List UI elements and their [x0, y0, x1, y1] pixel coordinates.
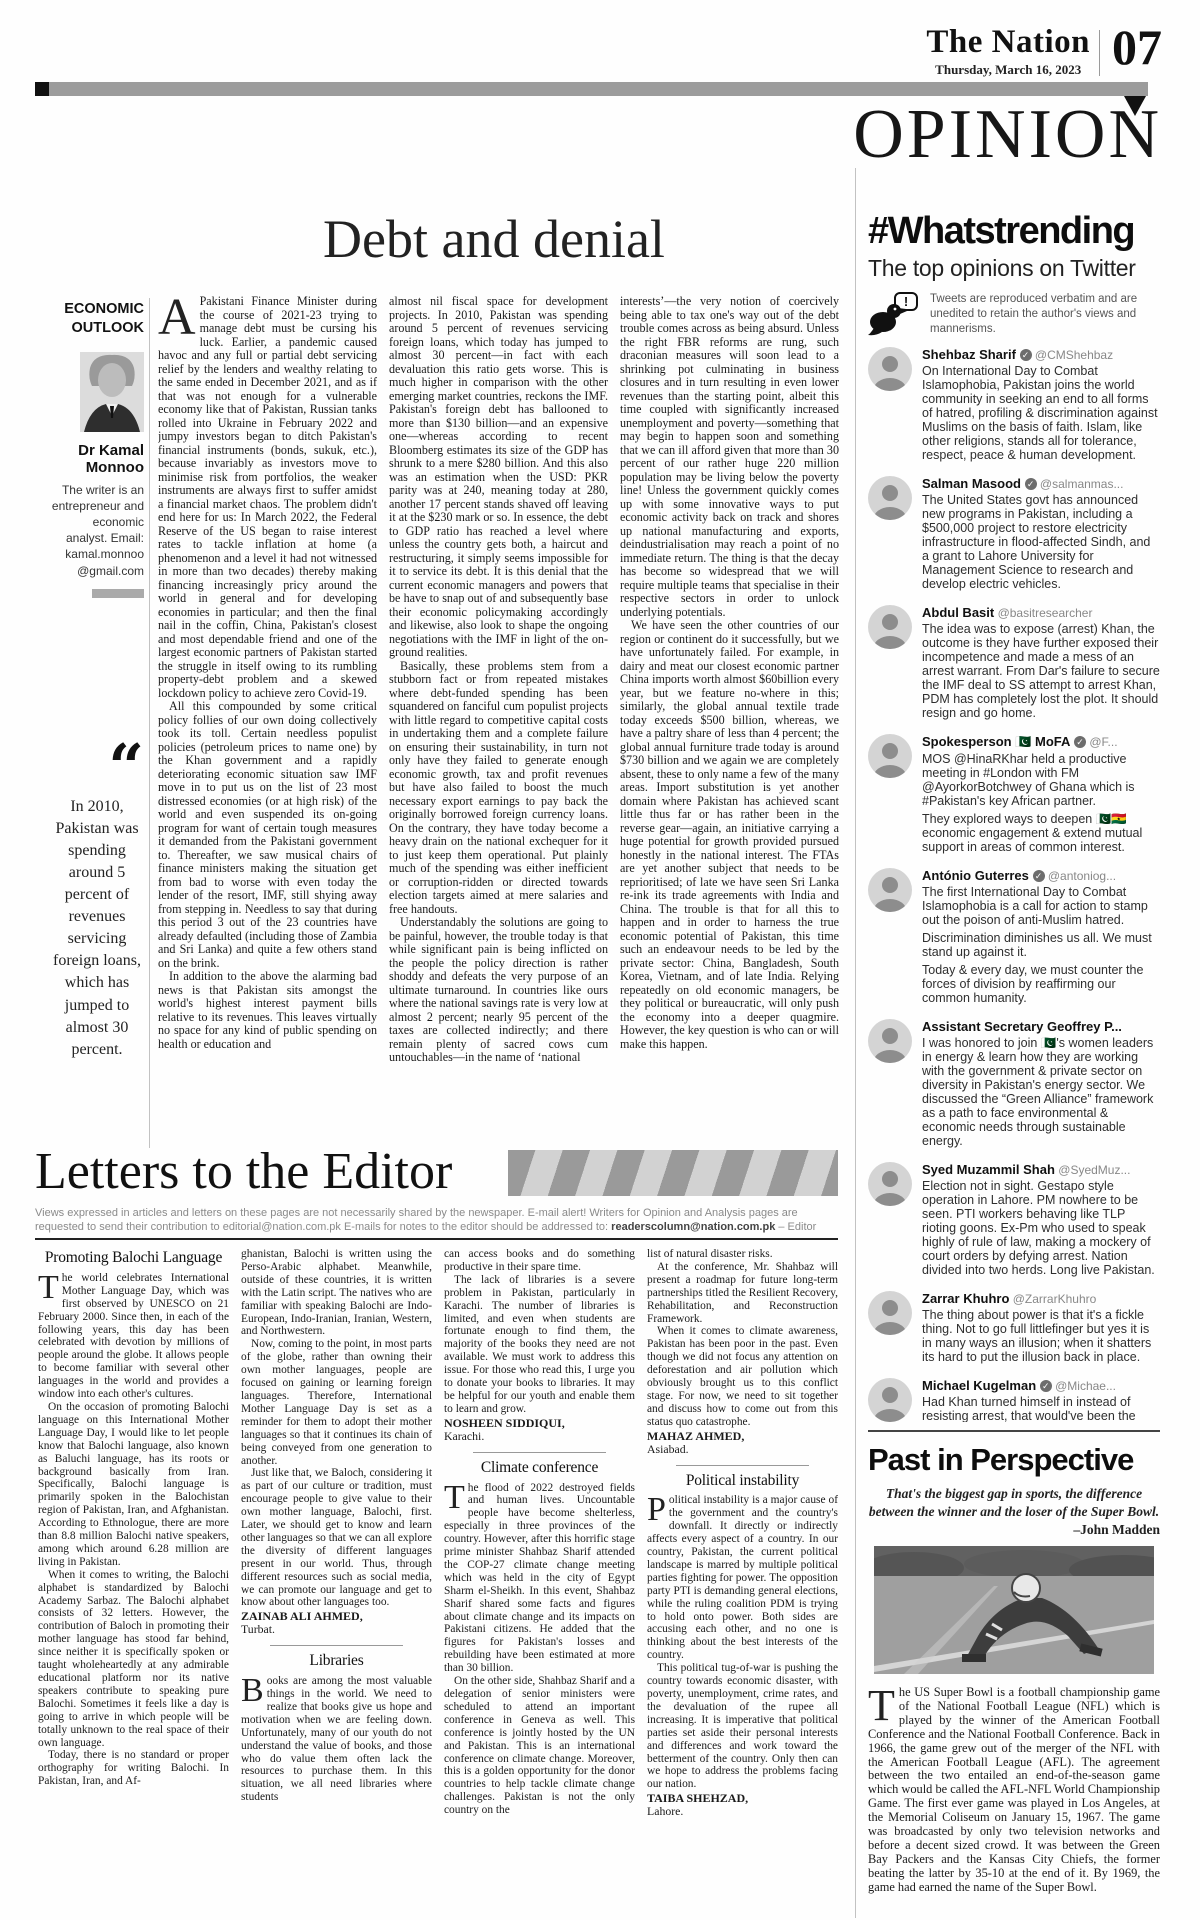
tweet: António Guterres ✓ @antoniog...The first… [868, 868, 1160, 1009]
tweet: Abdul Basit @basitresearcherThe idea was… [868, 605, 1160, 724]
letters-column: ghanistan, Balochi is written using the … [241, 1248, 432, 1920]
rail-divider [855, 168, 856, 1918]
letters-editor-email: readerscolumn@nation.com.pk [611, 1221, 775, 1233]
pip-paragraph: The US Super Bowl is a football champion… [868, 1686, 1160, 1895]
tweet-avatar [868, 868, 912, 1009]
letters-column: list of natural disaster risks.At the co… [647, 1248, 838, 1920]
author-bio: The writer is an entrepreneur and econom… [50, 482, 144, 579]
verified-badge-icon: ✓ [1040, 1380, 1052, 1392]
letter-paragraph: Political instability is a major cause o… [647, 1494, 838, 1662]
tweet-avatar [868, 1162, 912, 1281]
tweet-body: Syed Muzammil Shah @SyedMuz...Election n… [922, 1162, 1160, 1281]
letters-disclaimer: Views expressed in articles and letters … [35, 1206, 838, 1235]
twitter-note-row: ! Tweets are reproduced verbatim and are… [868, 292, 1160, 337]
letter-paragraph: At the conference, Mr. Shahbaz will pres… [647, 1261, 838, 1326]
tweet-name-line: Syed Muzammil Shah @SyedMuz... [922, 1162, 1160, 1177]
tweet-name-line: Zarrar Khuhro @ZarrarKhuhro [922, 1291, 1160, 1306]
letters-columns: Promoting Balochi LanguageThe world cele… [38, 1248, 838, 1920]
tweet-name-line: António Guterres ✓ @antoniog... [922, 868, 1160, 883]
article-column: almost nil fiscal space for development … [389, 295, 608, 1151]
tweet-author: Syed Muzammil Shah [922, 1162, 1055, 1177]
tweet-text: I was honored to join 🇵🇰's women leaders… [922, 1036, 1160, 1148]
letter-paragraph: ghanistan, Balochi is written using the … [241, 1248, 432, 1338]
article-paragraph: APakistani Finance Minister during the c… [158, 295, 377, 700]
drop-cap: P [647, 1494, 669, 1523]
letter-heading: Political instability [647, 1475, 838, 1488]
drop-cap: B [241, 1675, 267, 1704]
tweet-body: Abdul Basit @basitresearcherThe idea was… [922, 605, 1160, 724]
tweet-text: Discrimination diminishes us all. We mus… [922, 931, 1160, 959]
tweet-avatar [868, 1291, 912, 1368]
svg-text:!: ! [904, 294, 908, 309]
author-name: Dr Kamal Monnoo [50, 442, 144, 476]
author-photo [80, 352, 144, 432]
letter-heading: Libraries [241, 1655, 432, 1668]
letter-divider [676, 1465, 810, 1466]
article-paragraph: interests’—the very notion of coercively… [620, 295, 839, 619]
letters-disclaimer-suffix: – Editor [775, 1221, 816, 1233]
tweet: Spokesperson 🇵🇰 MoFA ✓ @F...MOS @HinaRKh… [868, 734, 1160, 858]
drop-cap: T [444, 1482, 468, 1511]
letter-divider [270, 1645, 404, 1646]
article-paragraph: Basically, these problems stem from a st… [389, 660, 608, 917]
tweet-name-line: Salman Masood ✓ @salmanmas... [922, 476, 1160, 491]
pip-divider [868, 1430, 1160, 1432]
tweet-handle: @antoniog... [1045, 869, 1117, 883]
letters-column: can access books and do something produc… [444, 1248, 635, 1920]
article-sidebar: ECONOMIC OUTLOOK Dr Kamal Monnoo The wri… [50, 300, 144, 1061]
tweet-handle: @salmanmas... [1037, 477, 1124, 491]
article-column: APakistani Finance Minister during the c… [158, 295, 377, 1151]
article-kicker: ECONOMIC OUTLOOK [50, 300, 144, 338]
quote-icon: “ [50, 748, 144, 788]
article-paragraph: almost nil fiscal space for development … [389, 295, 608, 660]
tweet-name-line: Michael Kugelman ✓ @Michae... [922, 1378, 1160, 1393]
masthead-divider [1099, 30, 1100, 76]
tweet-author: Michael Kugelman [922, 1378, 1036, 1393]
tweet-body: Spokesperson 🇵🇰 MoFA ✓ @F...MOS @HinaRKh… [922, 734, 1160, 858]
article-paragraph: All this compounded by some critical pol… [158, 700, 377, 970]
pip-quote-attribution: –John Madden [868, 1522, 1160, 1538]
article-paragraph: We have seen the other countries of our … [620, 619, 839, 1051]
tweet-body: Salman Masood ✓ @salmanmas...The United … [922, 476, 1160, 595]
letters-stripes [508, 1150, 838, 1196]
verified-badge-icon: ✓ [1033, 870, 1045, 882]
football-photo [874, 1546, 1154, 1674]
letters-column: Promoting Balochi LanguageThe world cele… [38, 1248, 229, 1920]
drop-cap: T [38, 1272, 62, 1301]
letter-city: Turbat. [241, 1623, 432, 1636]
tweet-body: Michael Kugelman ✓ @Michae...Had Khan tu… [922, 1378, 1160, 1422]
letter-paragraph: Now, coming to the point, in most parts … [241, 1338, 432, 1467]
tweet-text: The United States govt has announced new… [922, 493, 1160, 591]
tweet: Michael Kugelman ✓ @Michae...Had Khan tu… [868, 1378, 1160, 1422]
letter-city: Karachi. [444, 1430, 635, 1443]
letter-paragraph: Today, there is no standard or proper or… [38, 1749, 229, 1788]
article-paragraph: Understandably the solutions are going t… [389, 916, 608, 1065]
tweet-text: They explored ways to deepen 🇵🇰🇬🇭 econom… [922, 812, 1160, 854]
article-columns: APakistani Finance Minister during the c… [158, 295, 839, 1151]
article-headline: Debt and denial [150, 212, 838, 266]
pip-body: The US Super Bowl is a football champion… [868, 1686, 1160, 1895]
drop-cap: A [158, 295, 200, 339]
tweet-handle: @SyedMuz... [1055, 1163, 1131, 1177]
tweet: Zarrar Khuhro @ZarrarKhuhroThe thing abo… [868, 1291, 1160, 1368]
tweet-avatar [868, 734, 912, 858]
tweet-handle: @basitresearcher [994, 606, 1092, 620]
sidebar-divider [149, 298, 150, 1148]
tweet-avatar [868, 605, 912, 724]
letters-banner: Letters to the Editor [35, 1146, 838, 1204]
letter-city: Lahore. [647, 1805, 838, 1818]
tweet-name-line: Spokesperson 🇵🇰 MoFA ✓ @F... [922, 734, 1160, 750]
tweet-text: On International Day to Combat Islamopho… [922, 364, 1160, 462]
letter-paragraph: list of natural disaster risks. [647, 1248, 838, 1261]
letter-city: Asiabad. [647, 1443, 838, 1456]
whatstrending-title: #Whatstrending [868, 212, 1160, 250]
letter-paragraph: On the occasion of promoting Balochi lan… [38, 1401, 229, 1569]
letter-signature: MAHAZ AHMED, [647, 1430, 838, 1443]
tweet-author: Shehbaz Sharif [922, 347, 1016, 362]
tweet-name-line: Assistant Secretary Geoffrey P... [922, 1019, 1160, 1034]
tweet-body: Shehbaz Sharif ✓ @CMShehbazOn Internatio… [922, 347, 1160, 466]
tweet-author: Abdul Basit [922, 605, 994, 620]
letter-divider [473, 1452, 607, 1453]
drop-cap: T [868, 1686, 899, 1724]
letter-paragraph: The lack of libraries is a severe proble… [444, 1274, 635, 1416]
letters-rule [35, 1238, 838, 1240]
article-column: interests’—the very notion of coercively… [620, 295, 839, 1151]
tweet-body: Zarrar Khuhro @ZarrarKhuhroThe thing abo… [922, 1291, 1160, 1368]
tweet-text: The first International Day to Combat Is… [922, 885, 1160, 927]
section-band [35, 82, 1148, 96]
tweet-handle: @ZarrarKhuhro [1009, 1292, 1096, 1306]
letter-heading: Promoting Balochi Language [38, 1252, 229, 1265]
verified-badge-icon: ✓ [1020, 349, 1032, 361]
tweet-avatar [868, 1019, 912, 1152]
pull-quote: In 2010, Pakistan was spending around 5 … [50, 796, 144, 1061]
tweet-body: Assistant Secretary Geoffrey P...I was h… [922, 1019, 1160, 1152]
verified-badge-icon: ✓ [1074, 736, 1086, 748]
issue-date: Thursday, March 16, 2023 [926, 62, 1090, 78]
letter-paragraph: This political tug-of-war is pushing the… [647, 1662, 838, 1791]
whatstrending-subtitle: The top opinions on Twitter [868, 255, 1160, 282]
tweet-text: Had Khan turned himself in instead of re… [922, 1395, 1160, 1422]
letter-paragraph: When it comes to writing, the Balochi al… [38, 1569, 229, 1750]
tweet-text: The thing about power is that it's a fic… [922, 1308, 1160, 1364]
tweet-text: MOS @HinaRKhar held a productive meeting… [922, 752, 1160, 808]
letter-paragraph: The world celebrates International Mothe… [38, 1272, 229, 1401]
tweets-disclaimer: Tweets are reproduced verbatim and are u… [930, 292, 1150, 337]
letter-paragraph: can access books and do something produc… [444, 1248, 635, 1274]
tweet: Assistant Secretary Geoffrey P...I was h… [868, 1019, 1160, 1152]
tweet-author: Zarrar Khuhro [922, 1291, 1009, 1306]
sidebar-tick [92, 589, 144, 598]
letter-paragraph: When it comes to climate awareness, Paki… [647, 1325, 838, 1428]
tweet-text: Today & every day, we must counter the f… [922, 963, 1160, 1005]
letter-paragraph: Just like that, we Baloch, considering i… [241, 1467, 432, 1609]
letter-paragraph: The flood of 2022 destroyed fields and h… [444, 1482, 635, 1676]
whatstrending-section: #Whatstrending The top opinions on Twitt… [868, 212, 1160, 1422]
newspaper-page: The Nation Thursday, March 16, 2023 07 O… [0, 0, 1200, 1920]
letter-heading: Climate conference [444, 1462, 635, 1475]
tweet: Syed Muzammil Shah @SyedMuz...Election n… [868, 1162, 1160, 1281]
pip-quote: That's the biggest gap in sports, the di… [868, 1485, 1160, 1521]
letters-title: Letters to the Editor [35, 1143, 452, 1200]
tweet-author: Assistant Secretary Geoffrey P... [922, 1019, 1122, 1034]
tweet-author: António Guterres [922, 868, 1029, 883]
tweet-body: António Guterres ✓ @antoniog...The first… [922, 868, 1160, 1009]
twitter-bird-icon: ! [868, 292, 920, 336]
letter-paragraph: On the other side, Shahbaz Sharif and a … [444, 1675, 635, 1817]
letter-paragraph: Books are among the most valuable things… [241, 1675, 432, 1804]
tweet-handle: @Michae... [1052, 1379, 1116, 1393]
tweet-name-line: Abdul Basit @basitresearcher [922, 605, 1160, 620]
tweet-author: Spokesperson 🇵🇰 MoFA [922, 734, 1070, 749]
tweet-avatar [868, 476, 912, 595]
tweet: Salman Masood ✓ @salmanmas...The United … [868, 476, 1160, 595]
newspaper-title: The Nation [926, 26, 1090, 59]
verified-badge-icon: ✓ [1025, 478, 1037, 490]
tweet-text: Election not in sight. Gestapo style ope… [922, 1179, 1160, 1277]
letter-signature: NOSHEEN SIDDIQUI, [444, 1417, 635, 1430]
tweet: Shehbaz Sharif ✓ @CMShehbazOn Internatio… [868, 347, 1160, 466]
tweet-name-line: Shehbaz Sharif ✓ @CMShehbaz [922, 347, 1160, 362]
tweet-text: The idea was to expose (arrest) Khan, th… [922, 622, 1160, 720]
tweet-list: Shehbaz Sharif ✓ @CMShehbazOn Internatio… [868, 347, 1160, 1422]
pip-title: Past in Perspective [868, 1444, 1160, 1475]
tweet-author: Salman Masood [922, 476, 1021, 491]
section-title: OPINION [853, 100, 1162, 170]
article-paragraph: In addition to the above the alarming ba… [158, 970, 377, 1051]
tweet-handle: @CMShehbaz [1032, 348, 1114, 362]
tweet-handle: @F... [1086, 735, 1118, 749]
page-number: 07 [1112, 22, 1162, 72]
past-in-perspective-section: Past in Perspective That's the biggest g… [868, 1430, 1160, 1907]
tweet-avatar [868, 347, 912, 466]
tweet-avatar [868, 1378, 912, 1422]
masthead: The Nation Thursday, March 16, 2023 [926, 26, 1090, 78]
